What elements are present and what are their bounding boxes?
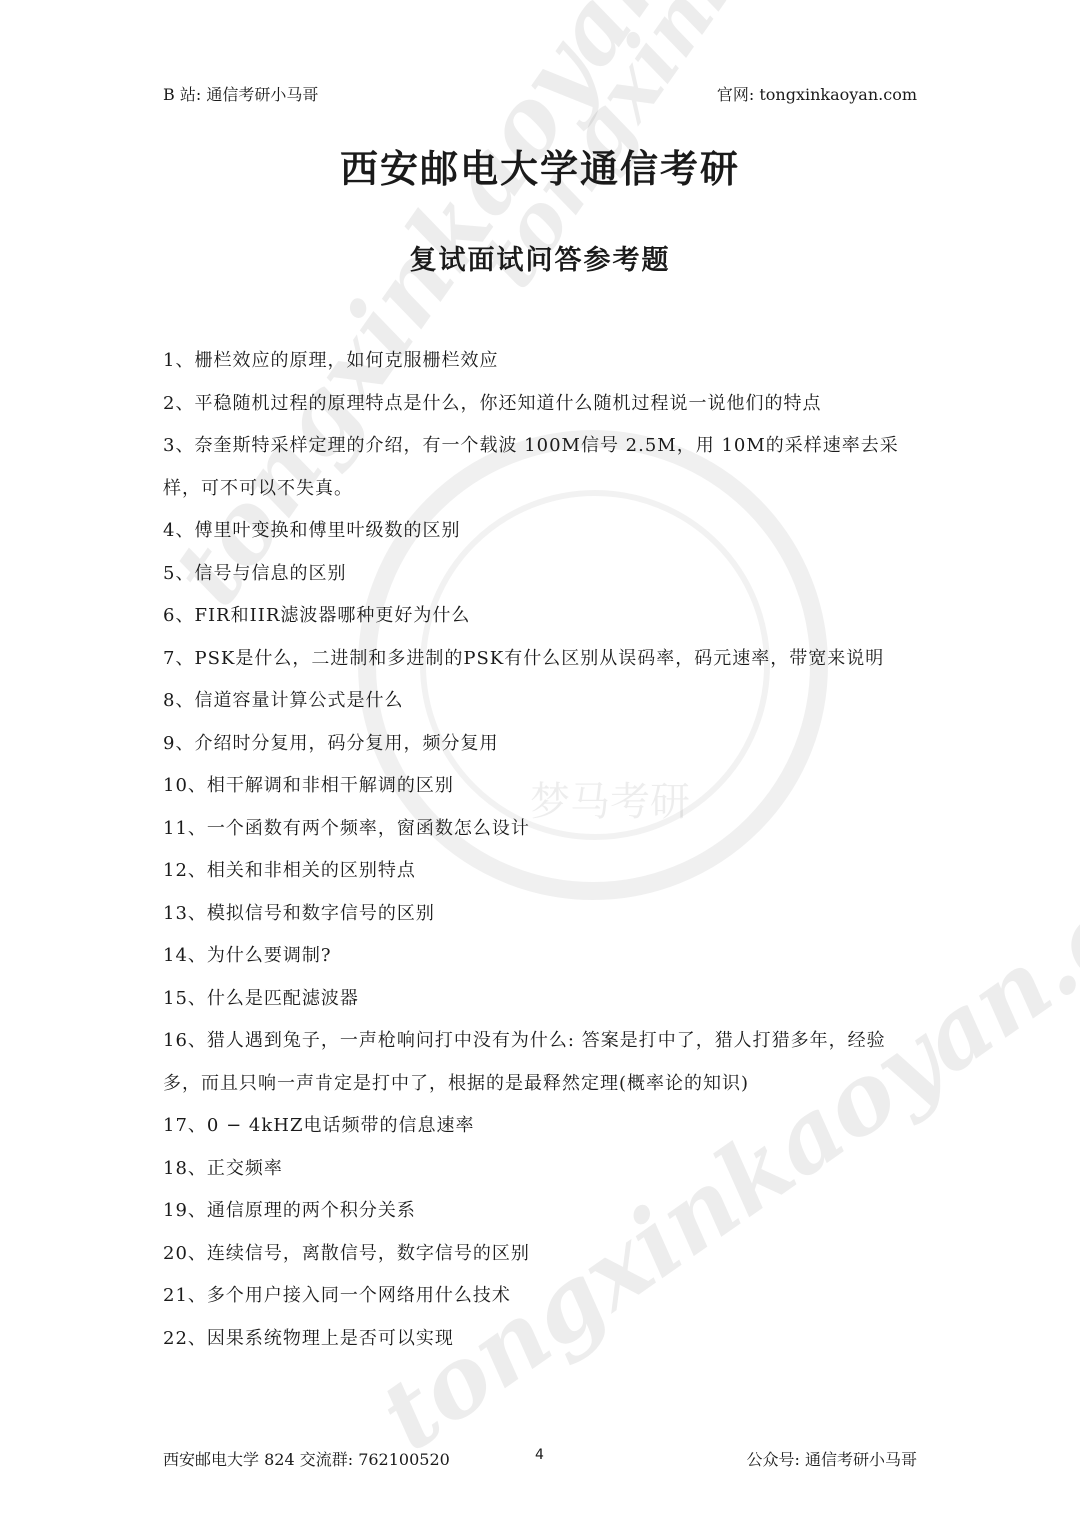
question-item: 5、信号与信息的区别 [163,553,923,596]
page-footer: 西安邮电大学 824 交流群: 762100520 4 公众号: 通信考研小马哥 [163,1447,917,1473]
header-bilibili: B 站: 通信考研小马哥 [163,82,318,105]
question-item: 19、通信原理的两个积分关系 [163,1190,923,1233]
question-item: 16、猎人遇到兔子，一声枪响问打中没有为什么: 答案是打中了，猎人打猎多年，经验… [163,1020,923,1105]
question-item: 2、平稳随机过程的原理特点是什么，你还知道什么随机过程说一说他们的特点 [163,383,923,426]
header-website: 官网: tongxinkaoyan.com [717,82,917,105]
question-item: 3、奈奎斯特采样定理的介绍，有一个载波 100M信号 2.5M，用 10M的采样… [163,425,923,510]
question-item: 13、模拟信号和数字信号的区别 [163,893,923,936]
question-item: 14、为什么要调制? [163,935,923,978]
page-title: 西安邮电大学通信考研 [0,138,1080,193]
question-item: 17、0 − 4kHZ电话频带的信息速率 [163,1105,923,1148]
question-item: 11、一个函数有两个频率，窗函数怎么设计 [163,808,923,851]
question-item: 4、傅里叶变换和傅里叶级数的区别 [163,510,923,553]
question-item: 22、因果系统物理上是否可以实现 [163,1318,923,1361]
page-number: 4 [535,1447,544,1463]
footer-wechat: 公众号: 通信考研小马哥 [747,1447,917,1470]
question-item: 15、什么是匹配滤波器 [163,978,923,1021]
page-header: B 站: 通信考研小马哥 官网: tongxinkaoyan.com [163,80,917,106]
question-list: 1、栅栏效应的原理，如何克服栅栏效应 2、平稳随机过程的原理特点是什么，你还知道… [163,340,923,1360]
page-subtitle: 复试面试问答参考题 [0,238,1080,277]
question-item: 10、相干解调和非相干解调的区别 [163,765,923,808]
question-item: 12、相关和非相关的区别特点 [163,850,923,893]
question-item: 6、FIR和IIR滤波器哪种更好为什么 [163,595,923,638]
question-item: 9、介绍时分复用，码分复用，频分复用 [163,723,923,766]
footer-group-info: 西安邮电大学 824 交流群: 762100520 [163,1447,450,1470]
question-item: 7、PSK是什么，二进制和多进制的PSK有什么区别从误码率，码元速率，带宽来说明 [163,638,923,681]
question-item: 8、信道容量计算公式是什么 [163,680,923,723]
question-item: 21、多个用户接入同一个网络用什么技术 [163,1275,923,1318]
question-item: 20、连续信号，离散信号，数字信号的区别 [163,1233,923,1276]
question-item: 18、正交频率 [163,1148,923,1191]
question-item: 1、栅栏效应的原理，如何克服栅栏效应 [163,340,923,383]
